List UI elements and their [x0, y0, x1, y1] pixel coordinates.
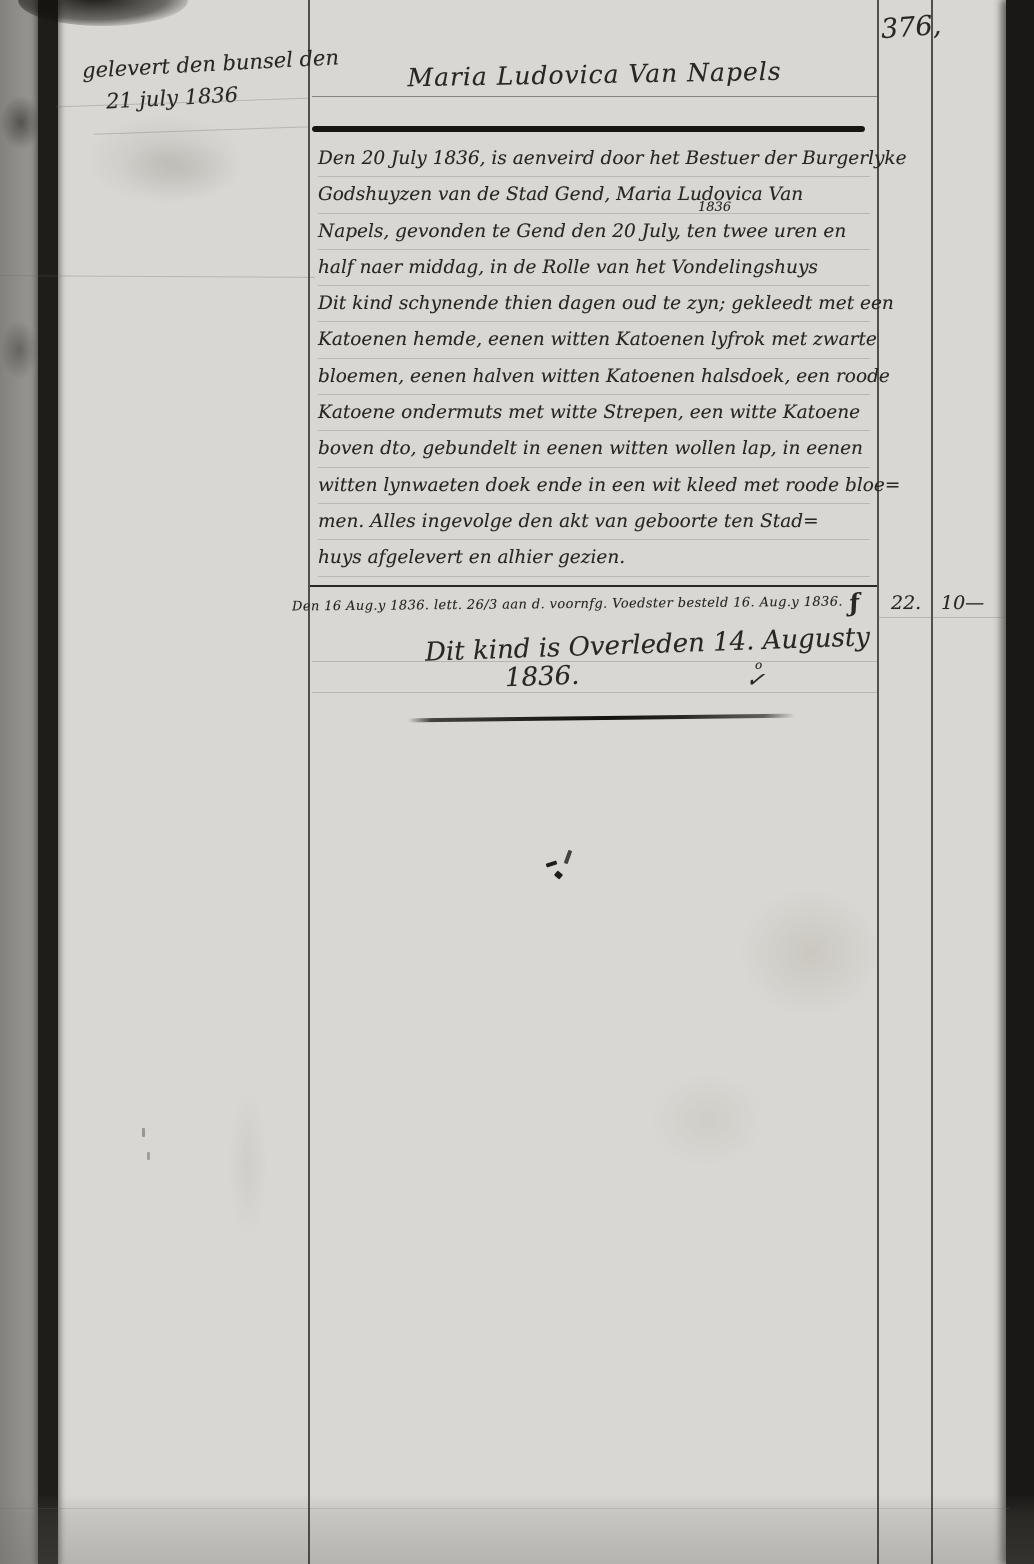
body-line-12: huys afgelevert en alhier gezien.	[318, 540, 870, 576]
ink-speck-2	[564, 850, 573, 865]
body-line-7: bloemen, eenen halven witten Katoenen ha…	[318, 359, 870, 395]
currency-symbol: ƒ	[847, 587, 861, 617]
left-binding-dark-band	[38, 0, 58, 1564]
body-line-9: boven dto, gebundelt in eenen witten wol…	[318, 431, 870, 467]
register-page-scan: 376, gelevert den bunsel den 21 july 183…	[0, 0, 1034, 1564]
body-line-10: witten lynwaeten doek ende in een wit kl…	[318, 468, 870, 504]
amount-francs: 22.	[891, 592, 921, 614]
cents-column-rule	[931, 0, 933, 1564]
death-note-rule-2	[312, 692, 877, 693]
death-note-line-2: 1836.	[504, 661, 579, 694]
ink-speck-3	[554, 870, 563, 879]
superscript-year: 1836	[698, 200, 731, 215]
body-line-5: Dit kind schynende thien dagen oud te zy…	[318, 286, 870, 322]
title-baseline-rule	[312, 96, 877, 97]
closing-flourish-line	[408, 714, 795, 723]
fee-entry-line: Den 16 Aug.y 1836. lett. 26/3 aan d. voo…	[292, 595, 848, 615]
body-line-1: Den 20 July 1836, is aenveird door het B…	[318, 141, 870, 177]
entry-heavy-rule	[312, 126, 865, 132]
entry-title: Maria Ludovica Van Napels	[312, 55, 877, 94]
francs-column-rule	[877, 0, 879, 1564]
body-line-6: Katoenen hemde, eenen witten Katoenen ly…	[318, 322, 870, 358]
left-binding-blotch-2	[0, 320, 38, 380]
amount-cents: 10—	[941, 592, 984, 614]
entry-divider-rule	[310, 585, 877, 587]
right-edge-dark-band	[1006, 0, 1034, 1564]
paper-stain-medium	[650, 1072, 765, 1167]
bottom-crease-line	[0, 1508, 1010, 1509]
amounts-underline	[877, 617, 1006, 618]
body-line-3: Napels, gevonden te Gend den 20 July, te…	[318, 214, 870, 250]
page-number: 376,	[880, 10, 942, 45]
entry-body-text: Den 20 July 1836, is aenveird door het B…	[318, 141, 870, 577]
left-binding-blotch	[0, 95, 42, 150]
body-line-2: Godshuyzen van de Stad Gend, Maria Ludov…	[318, 177, 870, 213]
left-binding-strip	[0, 0, 40, 1564]
margin-note-line-2: 21 july 1836	[105, 83, 238, 114]
body-line-11: men. Alles ingevolge den akt van geboort…	[318, 504, 870, 540]
paper-stain-streak	[228, 1090, 268, 1240]
death-note-rule-1	[312, 661, 877, 662]
verification-check-icon: ✓	[745, 667, 766, 694]
margin-note-line-1: gelevert den bunsel den	[82, 45, 340, 82]
ink-speck-5	[147, 1152, 150, 1160]
entry-header: Maria Ludovica Van Napels	[312, 60, 877, 89]
paper-stain-large	[738, 888, 883, 1018]
body-line-4: half naer middag, in de Rolle van het Vo…	[318, 250, 870, 286]
ink-speck-1	[546, 860, 558, 867]
ink-speck-4	[142, 1128, 145, 1137]
main-column-left-rule	[308, 0, 310, 1564]
body-line-8: Katoene ondermuts met witte Strepen, een…	[318, 395, 870, 431]
